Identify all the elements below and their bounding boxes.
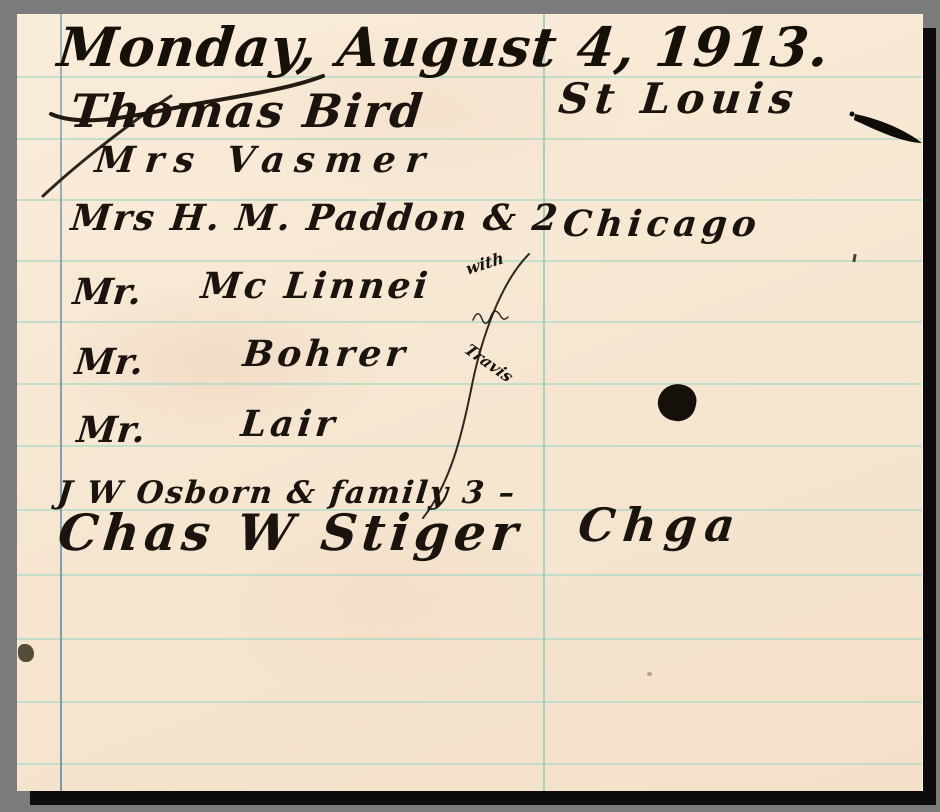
guest-name: Mc Linnei bbox=[199, 268, 432, 304]
ink-speck bbox=[647, 672, 652, 676]
guest-name: Thomas Bird bbox=[68, 88, 426, 134]
guest-residence: St Louis bbox=[557, 78, 801, 120]
ruled-line bbox=[17, 763, 922, 765]
edge-ink-blot bbox=[18, 644, 34, 662]
ruled-line bbox=[17, 574, 922, 576]
ruled-line bbox=[17, 638, 922, 640]
guest-title: Mr. bbox=[73, 344, 145, 380]
ruled-line bbox=[17, 701, 922, 703]
guest-title: Mr. bbox=[75, 412, 147, 448]
annotation-word: Travis bbox=[461, 342, 516, 385]
guest-residence: Chicago bbox=[561, 206, 763, 242]
register-page: Monday, August 4, 1913. Thomas Bird St L… bbox=[17, 14, 923, 791]
photo-frame: Monday, August 4, 1913. Thomas Bird St L… bbox=[0, 0, 940, 812]
guest-name: Bohrer bbox=[241, 336, 410, 372]
margin-line bbox=[60, 14, 62, 791]
guest-name: Mrs Vasmer bbox=[93, 142, 437, 178]
register-date-heading: Monday, August 4, 1913. bbox=[55, 20, 832, 74]
ruled-line bbox=[17, 383, 922, 385]
ink-blot-mark bbox=[655, 380, 700, 424]
column-divider-line bbox=[543, 14, 545, 791]
ruled-line bbox=[17, 321, 922, 323]
guest-name: Lair bbox=[239, 406, 340, 442]
ruled-line bbox=[17, 445, 922, 447]
guest-title: Mr. bbox=[71, 274, 143, 310]
guest-name: Mrs H. M. Paddon & 2 bbox=[69, 200, 561, 236]
guest-name: Chas W Stiger bbox=[56, 508, 525, 558]
guest-residence: Chga bbox=[576, 502, 745, 548]
annotation-word: with bbox=[465, 250, 505, 278]
